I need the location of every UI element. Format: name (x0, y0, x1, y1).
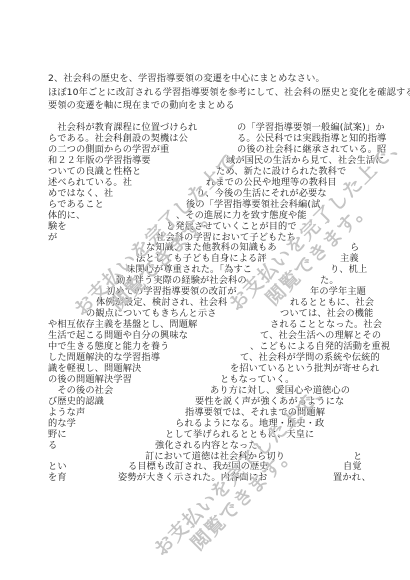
text-fragment: 置かれ、 (333, 471, 371, 484)
question-text: 2、社会科の歴史を、学習指導要領の変遷を中心にまとめなさい。 (48, 72, 325, 85)
body-line: を育姿勢が大きく示された。内容面にお置かれ、 (0, 471, 410, 484)
intro-line: ほぼ10年ごとに改訂される学習指導要領を参考にして、社会科の歴史と変化を確認する… (0, 86, 410, 99)
intro-line: 要領の変遷を軸に現在までの動向をまとめる (0, 99, 410, 112)
text-fragment: を育 (48, 471, 67, 484)
intro-text: ほぼ10年ごとに改訂される学習指導要領を参考にして、社会科の歴史と変化を確認する… (48, 86, 410, 99)
question-heading: 2、社会科の歴史を、学習指導要領の変遷を中心にまとめなさい。 (0, 72, 410, 85)
document-page: 2、社会科の歴史を、学習指導要領の変遷を中心にまとめなさい。 ほぼ10年ごとに改… (0, 0, 410, 580)
intro-text: 要領の変遷を軸に現在までの動向をまとめる (48, 99, 235, 112)
